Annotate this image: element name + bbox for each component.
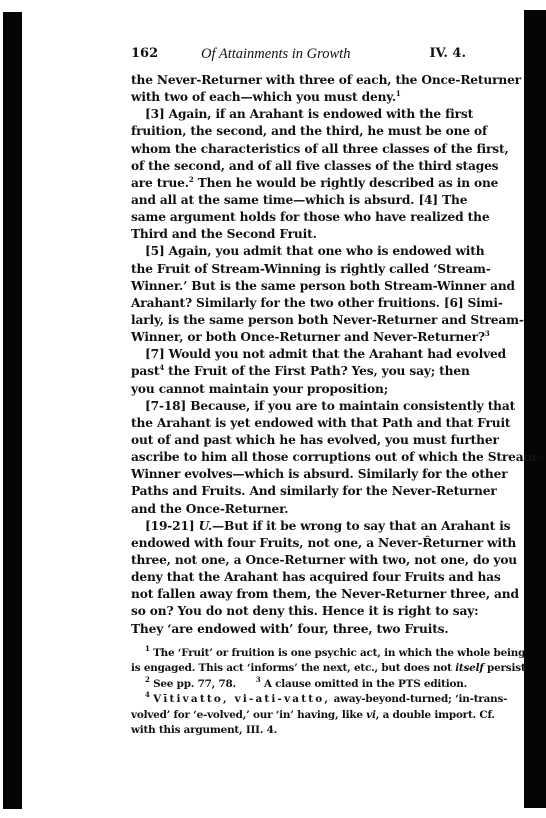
scan-edge-right xyxy=(524,10,546,808)
text-line: whom the characteristics of all three cl… xyxy=(131,141,467,158)
text-line: not fallen away from them, the Never-Ret… xyxy=(131,586,467,603)
footnote-1-cont: is engaged. This act ‘informs’ the next,… xyxy=(131,661,467,677)
footnote-4: 4 Vītivatto, vi-ati-vatto, away-beyond-t… xyxy=(131,692,467,708)
page-number: 162 xyxy=(131,46,158,61)
paragraph-5-start: [5] Again, you admit that one who is end… xyxy=(131,243,467,260)
text-line: the Never-Returner with three of each, t… xyxy=(131,72,467,89)
book-page: 162 Of Attainments in Growth IV. 4. the … xyxy=(131,46,467,739)
footnote-ref-3: 3 xyxy=(485,329,490,338)
text-line: Winner.’ But is the same person both Str… xyxy=(131,278,467,295)
text-line: you cannot maintain your proposition; xyxy=(131,381,467,398)
footnote-ref-1: 1 xyxy=(396,89,401,98)
footnote-4-end: with this argument, III. 4. xyxy=(131,723,467,739)
text-line: are true.2 Then he would be rightly desc… xyxy=(131,175,467,192)
text-line: so on? You do not deny this. Hence it is… xyxy=(131,603,467,620)
footnotes: 1 The ‘Fruit’ or fruition is one psychic… xyxy=(131,646,467,739)
text-line: deny that the Arahant has acquired four … xyxy=(131,569,467,586)
text-line: larly, is the same person both Never-Ret… xyxy=(131,312,467,329)
paragraph-7-18-start: [7-18] Because, if you are to maintain c… xyxy=(131,398,467,415)
running-title: Of Attainments in Growth xyxy=(201,46,350,63)
text-line: Winner evolves—which is absurd. Similarl… xyxy=(131,466,467,483)
footnotes-2-3: 2 See pp. 77, 78. 3 A clause omitted in … xyxy=(131,677,467,693)
paragraph-3-start: [3] Again, if an Arahant is endowed with… xyxy=(131,106,467,123)
text-line: Arahant? Similarly for the two other fru… xyxy=(131,295,467,312)
text-line: three, not one, a Once-Returner with two… xyxy=(131,552,467,569)
text-line: with two of each—which you must deny.1 xyxy=(131,89,467,106)
text-line: Third and the Second Fruit. xyxy=(131,226,467,243)
text-line: They ‘are endowed with’ four, three, two… xyxy=(131,621,467,638)
text-line: Paths and Fruits. And similarly for the … xyxy=(131,483,467,500)
footnote-1: 1 The ‘Fruit’ or fruition is one psychic… xyxy=(131,646,467,662)
text-line: same argument holds for those who have r… xyxy=(131,209,467,226)
section-number: IV. 4. xyxy=(429,46,466,61)
footnote-3: 3 A clause omitted in the PTS edition. xyxy=(256,677,467,693)
text-line: the Arahant is yet endowed with that Pat… xyxy=(131,415,467,432)
footnote-4-cont: volved’ for ‘e-volved,’ our ‘in’ having,… xyxy=(131,708,467,724)
footnote-2: 2 See pp. 77, 78. xyxy=(145,677,256,693)
text-line: and all at the same time—which is absurd… xyxy=(131,192,467,209)
text-line: out of and past which he has evolved, yo… xyxy=(131,432,467,449)
text-line: endowed with four Fruits, not one, a Nev… xyxy=(131,535,467,552)
paragraph-7-start: [7] Would you not admit that the Arahant… xyxy=(131,346,467,363)
paragraph-19-21-start: [19-21] U.—But if it be wrong to say tha… xyxy=(131,518,467,535)
text-line: past4 the Fruit of the First Path? Yes, … xyxy=(131,363,467,380)
text-line: of the second, and of all five classes o… xyxy=(131,158,467,175)
text-line: ascribe to him all those corruptions out… xyxy=(131,449,467,466)
text-line: fruition, the second, and the third, he … xyxy=(131,123,467,140)
running-head: 162 Of Attainments in Growth IV. 4. xyxy=(131,46,467,66)
body-text: the Never-Returner with three of each, t… xyxy=(131,72,467,638)
speaker-label: U. xyxy=(199,519,212,533)
text-line: the Fruit of Stream-Winning is rightly c… xyxy=(131,261,467,278)
text-line: and the Once-Returner. xyxy=(131,501,467,518)
pali-term: Vītivatto, vi-ati-vatto, xyxy=(153,693,330,705)
text-line: Winner, or both Once-Returner and Never-… xyxy=(131,329,467,346)
scan-edge-left xyxy=(3,12,22,809)
